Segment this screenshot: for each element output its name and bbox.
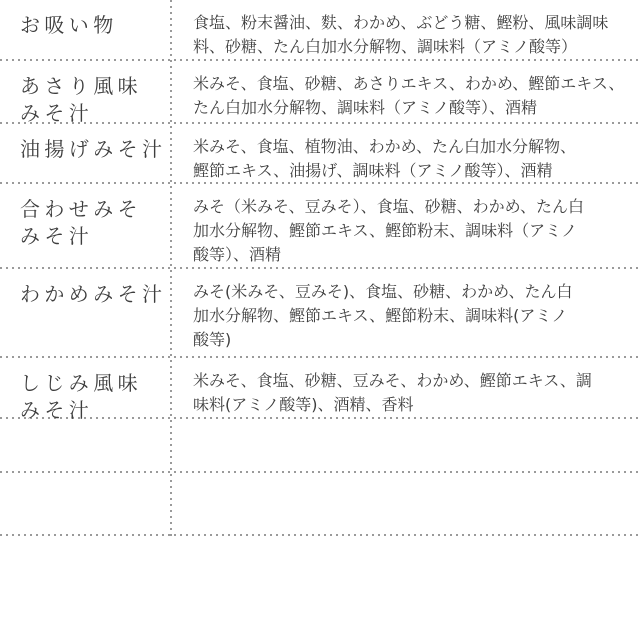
ingredients-cell: 米みそ、食塩、砂糖、豆みそ、わかめ、鰹節エキス、調 味料(アミノ酸等)、酒精、香… xyxy=(170,358,640,417)
product-name-cell: あさり風味 みそ汁 xyxy=(0,61,170,122)
table-row: わかめみそ汁 みそ(米みそ、豆みそ)、食塩、砂糖、わかめ、たん白 加水分解物、鰹… xyxy=(0,269,640,356)
table-row: 合わせみそ みそ汁 みそ（米みそ、豆みそ）、食塩、砂糖、わかめ、たん白 加水分解… xyxy=(0,184,640,267)
ingredients-cell: 米みそ、食塩、植物油、わかめ、たん白加水分解物、 鰹節エキス、油揚げ、調味料（ア… xyxy=(170,124,640,182)
product-name-cell: 油揚げみそ汁 xyxy=(0,124,170,182)
table-row: しじみ風味 みそ汁 米みそ、食塩、砂糖、豆みそ、わかめ、鰹節エキス、調 味料(ア… xyxy=(0,358,640,417)
product-name-cell: しじみ風味 みそ汁 xyxy=(0,358,170,417)
row-separator xyxy=(0,534,640,536)
ingredients-cell xyxy=(170,419,640,471)
ingredients-cell: 米みそ、食塩、砂糖、あさりエキス、わかめ、鰹節エキス、 たん白加水分解物、調味料… xyxy=(170,61,640,122)
table-row: あさり風味 みそ汁 米みそ、食塩、砂糖、あさりエキス、わかめ、鰹節エキス、 たん… xyxy=(0,61,640,122)
product-name-cell xyxy=(0,473,170,534)
table-row xyxy=(0,473,640,534)
product-name-cell: 合わせみそ みそ汁 xyxy=(0,184,170,267)
ingredients-cell: みそ（米みそ、豆みそ）、食塩、砂糖、わかめ、たん白 加水分解物、鰹節エキス、鰹節… xyxy=(170,184,640,267)
product-name-cell xyxy=(0,419,170,471)
ingredients-cell: みそ(米みそ、豆みそ)、食塩、砂糖、わかめ、たん白 加水分解物、鰹節エキス、鰹節… xyxy=(170,269,640,356)
table-row: 油揚げみそ汁 米みそ、食塩、植物油、わかめ、たん白加水分解物、 鰹節エキス、油揚… xyxy=(0,124,640,182)
ingredients-cell xyxy=(170,473,640,534)
product-name-cell: わかめみそ汁 xyxy=(0,269,170,356)
ingredients-table: お吸い物 食塩、粉末醤油、麩、わかめ、ぶどう糖、鰹粉、風味調味 料、砂糖、たん白… xyxy=(0,0,640,536)
table-row: お吸い物 食塩、粉末醤油、麩、わかめ、ぶどう糖、鰹粉、風味調味 料、砂糖、たん白… xyxy=(0,0,640,59)
ingredients-cell: 食塩、粉末醤油、麩、わかめ、ぶどう糖、鰹粉、風味調味 料、砂糖、たん白加水分解物… xyxy=(170,0,640,59)
column-divider xyxy=(170,0,172,536)
product-name-cell: お吸い物 xyxy=(0,0,170,59)
table-row xyxy=(0,419,640,471)
